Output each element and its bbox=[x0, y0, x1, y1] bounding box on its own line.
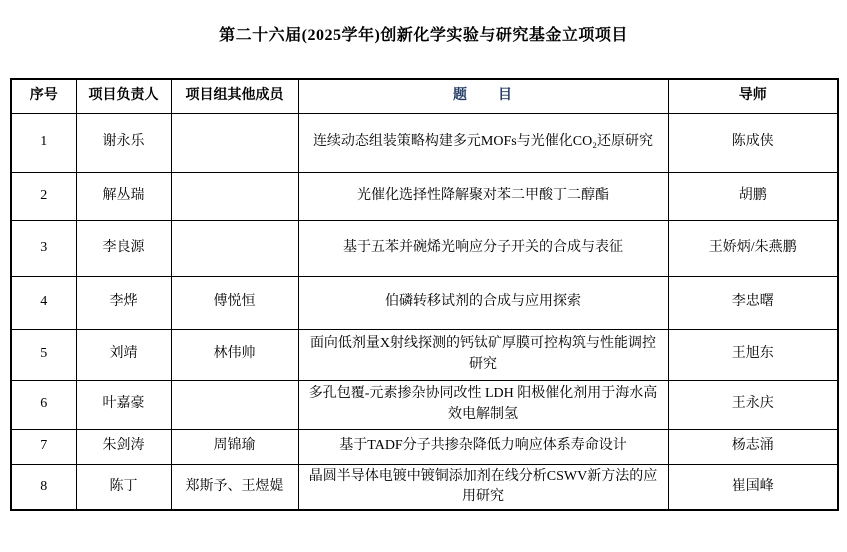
projects-table: 序号 项目负责人 项目组其他成员 题 目 导师 1 谢永乐 连续动态组装策略构建… bbox=[10, 78, 839, 511]
table-row: 6 叶嘉豪 多孔包覆-元素掺杂协同改性 LDH 阳极催化剂用于海水高效电解制氢 … bbox=[11, 380, 838, 429]
cell-index: 5 bbox=[11, 329, 76, 380]
cell-index: 1 bbox=[11, 113, 76, 172]
cell-leader: 叶嘉豪 bbox=[76, 380, 171, 429]
cell-members bbox=[171, 380, 298, 429]
cell-members: 林伟帅 bbox=[171, 329, 298, 380]
cell-advisor: 崔国峰 bbox=[668, 464, 838, 510]
cell-advisor: 王永庆 bbox=[668, 380, 838, 429]
cell-leader: 朱剑涛 bbox=[76, 429, 171, 464]
table-row: 1 谢永乐 连续动态组装策略构建多元MOFs与光催化CO₂还原研究 陈成侠 bbox=[11, 113, 838, 172]
cell-title: 多孔包覆-元素掺杂协同改性 LDH 阳极催化剂用于海水高效电解制氢 bbox=[298, 380, 668, 429]
header-members: 项目组其他成员 bbox=[171, 79, 298, 113]
table-row: 5 刘靖 林伟帅 面向低剂量X射线探测的钙钛矿厚膜可控构筑与性能调控研究 王旭东 bbox=[11, 329, 838, 380]
cell-members bbox=[171, 113, 298, 172]
cell-title: 连续动态组装策略构建多元MOFs与光催化CO₂还原研究 bbox=[298, 113, 668, 172]
cell-members bbox=[171, 220, 298, 276]
cell-index: 3 bbox=[11, 220, 76, 276]
cell-advisor: 胡鹏 bbox=[668, 172, 838, 220]
cell-leader: 李良源 bbox=[76, 220, 171, 276]
cell-leader: 李烨 bbox=[76, 276, 171, 329]
cell-members: 郑斯予、王煜媞 bbox=[171, 464, 298, 510]
header-leader: 项目负责人 bbox=[76, 79, 171, 113]
cell-index: 7 bbox=[11, 429, 76, 464]
cell-index: 4 bbox=[11, 276, 76, 329]
cell-advisor: 陈成侠 bbox=[668, 113, 838, 172]
cell-advisor: 王娇炳/朱燕鹏 bbox=[668, 220, 838, 276]
table-row: 2 解丛瑞 光催化选择性降解聚对苯二甲酸丁二醇酯 胡鹏 bbox=[11, 172, 838, 220]
table-row: 3 李良源 基于五苯并碗烯光响应分子开关的合成与表征 王娇炳/朱燕鹏 bbox=[11, 220, 838, 276]
header-index: 序号 bbox=[11, 79, 76, 113]
cell-leader: 陈丁 bbox=[76, 464, 171, 510]
cell-advisor: 王旭东 bbox=[668, 329, 838, 380]
cell-index: 8 bbox=[11, 464, 76, 510]
cell-members bbox=[171, 172, 298, 220]
page-title: 第二十六届(2025学年)创新化学实验与研究基金立项项目 bbox=[0, 22, 847, 45]
cell-index: 6 bbox=[11, 380, 76, 429]
cell-advisor: 李忠曙 bbox=[668, 276, 838, 329]
table-row: 7 朱剑涛 周锦瑜 基于TADF分子共掺杂降低力响应体系寿命设计 杨志涌 bbox=[11, 429, 838, 464]
table-row: 4 李烨 傅悦恒 伯磷转移试剂的合成与应用探索 李忠曙 bbox=[11, 276, 838, 329]
cell-title: 面向低剂量X射线探测的钙钛矿厚膜可控构筑与性能调控研究 bbox=[298, 329, 668, 380]
cell-title: 伯磷转移试剂的合成与应用探索 bbox=[298, 276, 668, 329]
table-row: 8 陈丁 郑斯予、王煜媞 晶圆半导体电镀中镀铜添加剂在线分析CSWV新方法的应用… bbox=[11, 464, 838, 510]
table-header-row: 序号 项目负责人 项目组其他成员 题 目 导师 bbox=[11, 79, 838, 113]
cell-members: 傅悦恒 bbox=[171, 276, 298, 329]
cell-title: 基于五苯并碗烯光响应分子开关的合成与表征 bbox=[298, 220, 668, 276]
cell-title: 光催化选择性降解聚对苯二甲酸丁二醇酯 bbox=[298, 172, 668, 220]
header-topic: 题 目 bbox=[298, 79, 668, 113]
cell-title: 晶圆半导体电镀中镀铜添加剂在线分析CSWV新方法的应用研究 bbox=[298, 464, 668, 510]
cell-advisor: 杨志涌 bbox=[668, 429, 838, 464]
cell-leader: 谢永乐 bbox=[76, 113, 171, 172]
header-advisor: 导师 bbox=[668, 79, 838, 113]
cell-title: 基于TADF分子共掺杂降低力响应体系寿命设计 bbox=[298, 429, 668, 464]
cell-index: 2 bbox=[11, 172, 76, 220]
cell-leader: 解丛瑞 bbox=[76, 172, 171, 220]
cell-leader: 刘靖 bbox=[76, 329, 171, 380]
cell-members: 周锦瑜 bbox=[171, 429, 298, 464]
